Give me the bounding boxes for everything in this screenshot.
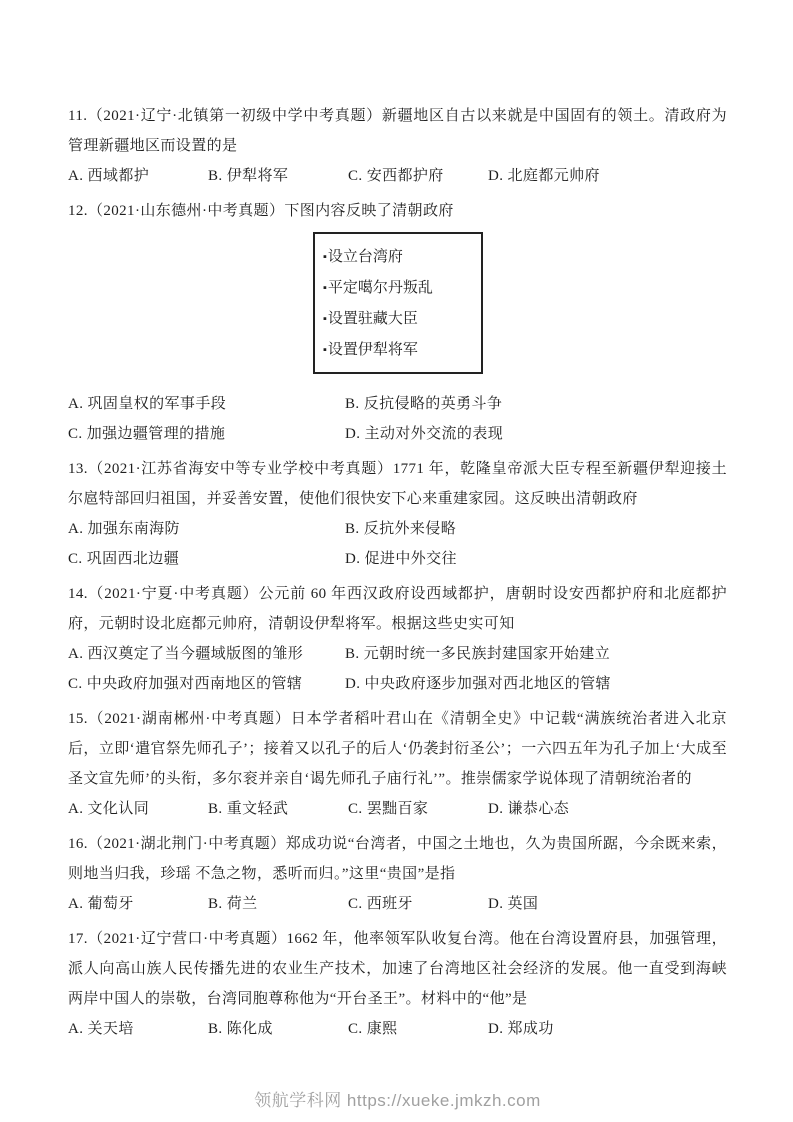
question-15-stem: 15.（2021·湖南郴州·中考真题）日本学者稻叶君山在《清朝全史》中记载“满族… xyxy=(68,704,727,794)
question-17-option-c: C. 康熙 xyxy=(348,1014,488,1044)
question-12: 12.（2021·山东德州·中考真题）下图内容反映了清朝政府 ▪设立台湾府 ▪平… xyxy=(68,196,727,449)
question-14-option-c: C. 中央政府加强对西南地区的管辖 xyxy=(68,669,345,699)
box-item: ▪设置伊犁将军 xyxy=(323,335,475,366)
question-14-option-b: B. 元朝时统一多民族封建国家开始建立 xyxy=(345,639,727,669)
question-11: 11.（2021·辽宁·北镇第一初级中学中考真题）新疆地区自古以来就是中国固有的… xyxy=(68,101,727,191)
question-13-stem: 13.（2021·江苏省海安中等专业学校中考真题）1771 年，乾隆皇帝派大臣专… xyxy=(68,454,727,514)
question-13-option-b: B. 反抗外来侵略 xyxy=(345,514,727,544)
question-16-options: A. 葡萄牙 B. 荷兰 C. 西班牙 D. 英国 xyxy=(68,889,727,919)
box-item: ▪设置驻藏大臣 xyxy=(323,304,475,335)
box-item-text: 设立台湾府 xyxy=(328,249,403,265)
question-15-option-b: B. 重文轻武 xyxy=(208,794,348,824)
question-13-options: A. 加强东南海防 B. 反抗外来侵略 C. 巩固西北边疆 D. 促进中外交往 xyxy=(68,514,727,574)
question-14-option-d: D. 中央政府逐步加强对西北地区的管辖 xyxy=(345,669,727,699)
question-14-option-a: A. 西汉奠定了当今疆域版图的雏形 xyxy=(68,639,345,669)
question-16: 16.（2021·湖北荆门·中考真题）郑成功说“台湾者，中国之土地也，久为贵国所… xyxy=(68,829,727,919)
box-item: ▪设立台湾府 xyxy=(323,242,475,273)
question-11-stem: 11.（2021·辽宁·北镇第一初级中学中考真题）新疆地区自古以来就是中国固有的… xyxy=(68,101,727,161)
square-bullet-icon: ▪ xyxy=(323,251,327,263)
question-13: 13.（2021·江苏省海安中等专业学校中考真题）1771 年，乾隆皇帝派大臣专… xyxy=(68,454,727,574)
box-item-text: 设置驻藏大臣 xyxy=(328,311,418,327)
square-bullet-icon: ▪ xyxy=(323,313,327,325)
box-item-text: 设置伊犁将军 xyxy=(328,342,418,358)
question-17-option-b: B. 陈化成 xyxy=(208,1014,348,1044)
question-12-stem: 12.（2021·山东德州·中考真题）下图内容反映了清朝政府 xyxy=(68,196,727,226)
question-12-option-b: B. 反抗侵略的英勇斗争 xyxy=(345,389,727,419)
question-12-option-d: D. 主动对外交流的表现 xyxy=(345,419,727,449)
question-14-options: A. 西汉奠定了当今疆域版图的雏形 B. 元朝时统一多民族封建国家开始建立 C.… xyxy=(68,639,727,699)
square-bullet-icon: ▪ xyxy=(323,344,327,356)
question-16-option-c: C. 西班牙 xyxy=(348,889,488,919)
question-12-options: A. 巩固皇权的军事手段 B. 反抗侵略的英勇斗争 C. 加强边疆管理的措施 D… xyxy=(68,389,727,449)
question-14-stem: 14.（2021·宁夏·中考真题）公元前 60 年西汉政府设西域都护，唐朝时设安… xyxy=(68,579,727,639)
question-16-stem: 16.（2021·湖北荆门·中考真题）郑成功说“台湾者，中国之土地也，久为贵国所… xyxy=(68,829,727,889)
question-11-option-a: A. 西域都护 xyxy=(68,161,208,191)
question-13-option-c: C. 巩固西北边疆 xyxy=(68,544,345,574)
question-16-option-a: A. 葡萄牙 xyxy=(68,889,208,919)
question-12-option-a: A. 巩固皇权的军事手段 xyxy=(68,389,345,419)
question-15-option-c: C. 罢黜百家 xyxy=(348,794,488,824)
question-13-option-d: D. 促进中外交往 xyxy=(345,544,727,574)
question-12-info-box: ▪设立台湾府 ▪平定噶尔丹叛乱 ▪设置驻藏大臣 ▪设置伊犁将军 xyxy=(313,232,483,374)
document-page: 11.（2021·辽宁·北镇第一初级中学中考真题）新疆地区自古以来就是中国固有的… xyxy=(0,0,793,1122)
question-11-option-d: D. 北庭都元帅府 xyxy=(488,161,727,191)
question-15-option-d: D. 谦恭心态 xyxy=(488,794,727,824)
box-item-text: 平定噶尔丹叛乱 xyxy=(328,280,433,296)
question-17-options: A. 关天培 B. 陈化成 C. 康熙 D. 郑成功 xyxy=(68,1014,727,1044)
square-bullet-icon: ▪ xyxy=(323,282,327,294)
question-17-option-d: D. 郑成功 xyxy=(488,1014,727,1044)
question-11-option-c: C. 安西都护府 xyxy=(348,161,488,191)
question-15-option-a: A. 文化认同 xyxy=(68,794,208,824)
question-11-option-b: B. 伊犁将军 xyxy=(208,161,348,191)
question-15-options: A. 文化认同 B. 重文轻武 C. 罢黜百家 D. 谦恭心态 xyxy=(68,794,727,824)
box-item: ▪平定噶尔丹叛乱 xyxy=(323,273,475,304)
question-13-option-a: A. 加强东南海防 xyxy=(68,514,345,544)
question-16-option-d: D. 英国 xyxy=(488,889,727,919)
footer-watermark: 领航学科网 https://xueke.jmkzh.com xyxy=(68,1086,727,1111)
question-16-option-b: B. 荷兰 xyxy=(208,889,348,919)
question-17-stem: 17.（2021·辽宁营口·中考真题）1662 年，他率领军队收复台湾。他在台湾… xyxy=(68,924,727,1014)
question-11-options: A. 西域都护 B. 伊犁将军 C. 安西都护府 D. 北庭都元帅府 xyxy=(68,161,727,191)
question-17: 17.（2021·辽宁营口·中考真题）1662 年，他率领军队收复台湾。他在台湾… xyxy=(68,924,727,1044)
question-15: 15.（2021·湖南郴州·中考真题）日本学者稻叶君山在《清朝全史》中记载“满族… xyxy=(68,704,727,824)
question-14: 14.（2021·宁夏·中考真题）公元前 60 年西汉政府设西域都护，唐朝时设安… xyxy=(68,579,727,699)
question-12-option-c: C. 加强边疆管理的措施 xyxy=(68,419,345,449)
question-17-option-a: A. 关天培 xyxy=(68,1014,208,1044)
